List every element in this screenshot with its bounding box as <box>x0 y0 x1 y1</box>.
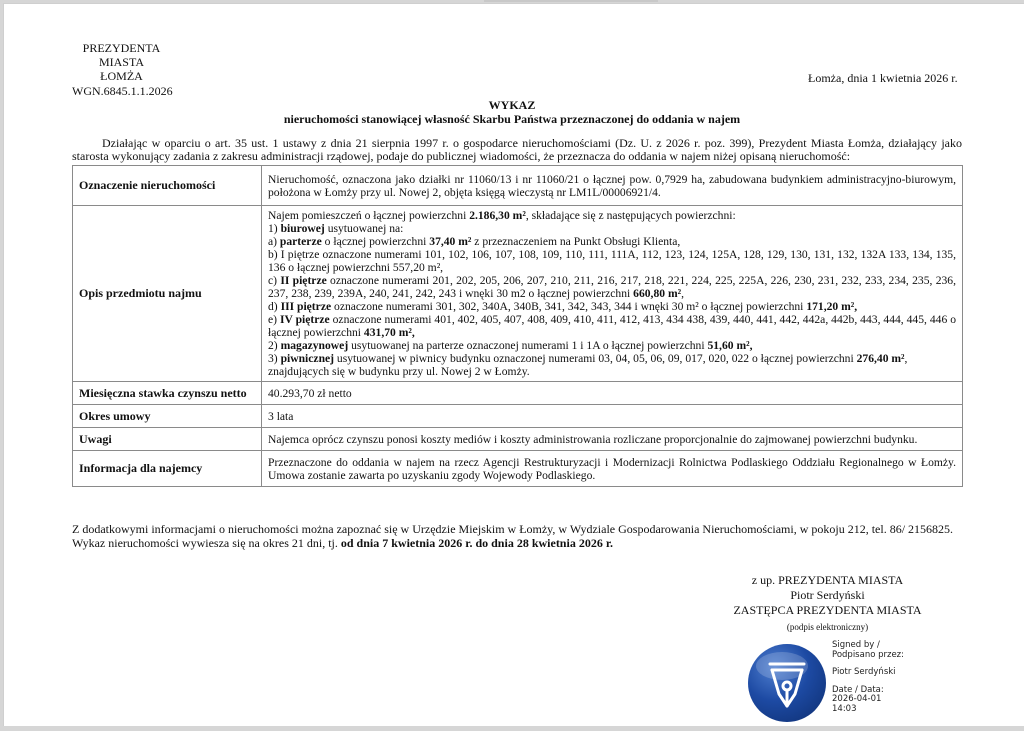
desc-bold: III piętrze <box>281 300 332 313</box>
desc-bold: 51,60 m², <box>707 339 752 352</box>
desc-text: o łącznej powierzchni <box>322 235 430 248</box>
desc-bold: 171,20 m², <box>806 300 857 313</box>
desc-bold: piwnicznej <box>281 352 334 365</box>
row-value: Nieruchomość, oznaczona jako działki nr … <box>262 166 963 206</box>
desc-text: oznaczone numerami 301, 302, 340A, 340B,… <box>331 300 806 313</box>
fountain-pen-nib-icon <box>748 644 826 722</box>
desc-text: z przeznaczeniem na Punkt Obsługi Klient… <box>471 235 680 248</box>
document-subtitle: nieruchomości stanowiącej własność Skarb… <box>0 112 1024 126</box>
table-row: Uwagi Najemca oprócz czynszu ponosi kosz… <box>73 428 963 451</box>
intro-paragraph: Działając w oparciu o art. 35 ust. 1 ust… <box>72 137 962 163</box>
electronic-signature-stamp[interactable]: Signed by / Podpisano przez: Piotr Serdy… <box>748 644 948 724</box>
desc-text: oznaczone numerami 201, 202, 205, 206, 2… <box>268 274 956 300</box>
desc-line: 1) biurowej usytuowanej na: <box>268 222 956 235</box>
row-label: Oznaczenie nieruchomości <box>73 166 262 206</box>
desc-text: , składające się z następujących powierz… <box>526 209 736 222</box>
footer-text: Wykaz nieruchomości wywiesza się na okre… <box>72 536 341 550</box>
table-row: Opis przedmiotu najmu Najem pomieszczeń … <box>73 206 963 382</box>
desc-bold: magazynowej <box>281 339 349 352</box>
document-title-block: WYKAZ nieruchomości stanowiącej własność… <box>0 98 1024 126</box>
intro-text: Działając w oparciu o art. 35 ust. 1 ust… <box>72 137 962 163</box>
desc-line: b) I piętrze oznaczone numerami 101, 102… <box>268 248 956 274</box>
desc-line: 3) piwnicznej usytuowanej w piwnicy budy… <box>268 352 956 365</box>
desc-text: 1) <box>268 222 281 235</box>
table-row: Okres umowy 3 lata <box>73 405 963 428</box>
desc-bold: 37,40 m² <box>429 235 471 248</box>
signature-block: z up. PREZYDENTA MIASTA Piotr Serdyński … <box>700 573 955 635</box>
desc-bold: 431,70 m², <box>364 326 415 339</box>
office-line-2: ŁOMŻA <box>69 69 174 83</box>
esig-signer: Piotr Serdyński <box>832 668 904 678</box>
footer-posting-period: Wykaz nieruchomości wywiesza się na okre… <box>72 536 967 550</box>
esig-details: Signed by / Podpisano przez: Piotr Serdy… <box>832 641 904 714</box>
desc-line: a) parterze o łącznej powierzchni 37,40 … <box>268 235 956 248</box>
desc-line: znajdujących się w budynku przy ul. Nowe… <box>268 365 956 378</box>
desc-text: usytuowanej w piwnicy budynku oznaczonej… <box>334 352 857 365</box>
table-row: Informacja dla najemcy Przeznaczone do o… <box>73 451 963 487</box>
signature-position: ZASTĘPCA PREZYDENTA MIASTA <box>700 603 955 618</box>
desc-total-area: 2.186,30 m² <box>469 209 526 222</box>
table-row: Miesięczna stawka czynszu netto 40.293,7… <box>73 382 963 405</box>
office-line-1: PREZYDENTA MIASTA <box>69 41 174 69</box>
horizontal-scrollbar-thumb[interactable] <box>484 0 658 2</box>
desc-text: , <box>905 352 908 365</box>
desc-line: c) II piętrze oznaczone numerami 201, 20… <box>268 274 956 300</box>
desc-text: 3) <box>268 352 281 365</box>
esig-time: 14:03 <box>832 705 904 715</box>
desc-text: usytuowanej na parterze oznaczonej numer… <box>348 339 707 352</box>
desc-text: d) <box>268 300 281 313</box>
row-value: 40.293,70 zł netto <box>262 382 963 405</box>
desc-text: e) <box>268 313 280 326</box>
desc-text: usytuowanej na: <box>325 222 404 235</box>
desc-bold: IV piętrze <box>280 313 330 326</box>
signature-name: Piotr Serdyński <box>700 588 955 603</box>
row-label: Okres umowy <box>73 405 262 428</box>
place-and-date: Łomża, dnia 1 kwietnia 2026 r. <box>808 71 958 86</box>
row-value: 3 lata <box>262 405 963 428</box>
desc-text: Najem pomieszczeń o łącznej powierzchni <box>268 209 469 222</box>
desc-line: 2) magazynowej usytuowanej na parterze o… <box>268 339 956 352</box>
desc-text: a) <box>268 235 280 248</box>
row-label: Informacja dla najemcy <box>73 451 262 487</box>
row-label: Opis przedmiotu najmu <box>73 206 262 382</box>
desc-text: , <box>681 287 684 300</box>
row-label: Uwagi <box>73 428 262 451</box>
document-title: WYKAZ <box>0 98 1024 112</box>
issuing-office: PREZYDENTA MIASTA ŁOMŻA <box>69 41 174 83</box>
desc-bold: 276,40 m² <box>857 352 905 365</box>
desc-line: d) III piętrze oznaczone numerami 301, 3… <box>268 300 956 313</box>
desc-line: e) IV piętrze oznaczone numerami 401, 40… <box>268 313 956 339</box>
lease-description: Najem pomieszczeń o łącznej powierzchni … <box>262 206 963 382</box>
row-label: Miesięczna stawka czynszu netto <box>73 382 262 405</box>
desc-text: c) <box>268 274 280 287</box>
desc-bold: parterze <box>280 235 322 248</box>
desc-bold: biurowej <box>281 222 325 235</box>
desc-bold: II piętrze <box>280 274 326 287</box>
signature-authority: z up. PREZYDENTA MIASTA <box>700 573 955 588</box>
row-value: Przeznaczone do oddania w najem na rzecz… <box>262 451 963 487</box>
desc-line: Najem pomieszczeń o łącznej powierzchni … <box>268 209 956 222</box>
desc-bold: 660,80 m² <box>633 287 681 300</box>
reference-number: WGN.6845.1.1.2026 <box>72 84 173 99</box>
footer-info: Z dodatkowymi informacjami o nieruchomoś… <box>72 522 967 550</box>
desc-text: 2) <box>268 339 281 352</box>
signature-note: (podpis elektroniczny) <box>700 620 955 635</box>
footer-contact: Z dodatkowymi informacjami o nieruchomoś… <box>72 522 967 536</box>
property-table: Oznaczenie nieruchomości Nieruchomość, o… <box>72 165 963 487</box>
esig-signed-by-label-pl: Podpisano przez: <box>832 651 904 661</box>
table-row: Oznaczenie nieruchomości Nieruchomość, o… <box>73 166 963 206</box>
row-value: Najemca oprócz czynszu ponosi koszty med… <box>262 428 963 451</box>
footer-dates: od dnia 7 kwietnia 2026 r. do dnia 28 kw… <box>341 536 613 550</box>
